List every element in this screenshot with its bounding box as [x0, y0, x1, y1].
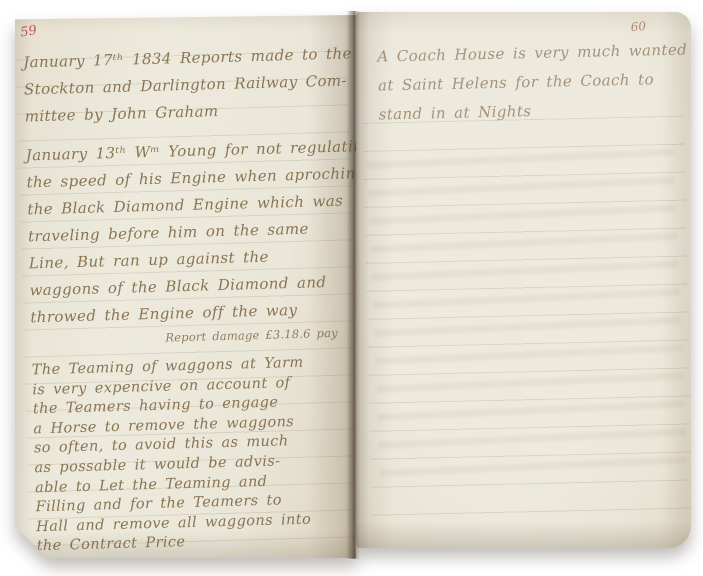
- photo-background: 59 January 17ᵗʰ 1834 Reports made to the…: [0, 0, 703, 576]
- open-manuscript-book: 59 January 17ᵗʰ 1834 Reports made to the…: [0, 0, 703, 576]
- left-page-content: 59 January 17ᵗʰ 1834 Reports made to the…: [15, 15, 356, 558]
- left-page-handwriting: January 17ᵗʰ 1834 Reports made to the St…: [23, 41, 356, 558]
- entry-coach-house: A Coach House is very much wanted at Sai…: [377, 36, 679, 130]
- left-page: 59 January 17ᵗʰ 1834 Reports made to the…: [15, 15, 356, 558]
- entry-january-13: January 13ᵗʰ Wᵐ Young for not regulating…: [25, 133, 350, 331]
- right-page-content: 60 A Coach House is very much wanted at …: [356, 12, 691, 548]
- right-page-handwriting: A Coach House is very much wanted at Sai…: [377, 36, 679, 130]
- ink-show-through: [366, 133, 688, 486]
- right-page-ruled-lines: [363, 116, 691, 519]
- right-page: 60 A Coach House is very much wanted at …: [356, 12, 691, 548]
- right-page-number: 60: [630, 19, 647, 34]
- entry-january-17: January 17ᵗʰ 1834 Reports made to the St…: [23, 41, 345, 131]
- handwritten-line: stand in at Nights: [378, 94, 679, 130]
- left-page-number: 59: [19, 23, 38, 41]
- entry-teaming-waggons: The Teaming of waggons at Yarm is very e…: [32, 352, 356, 557]
